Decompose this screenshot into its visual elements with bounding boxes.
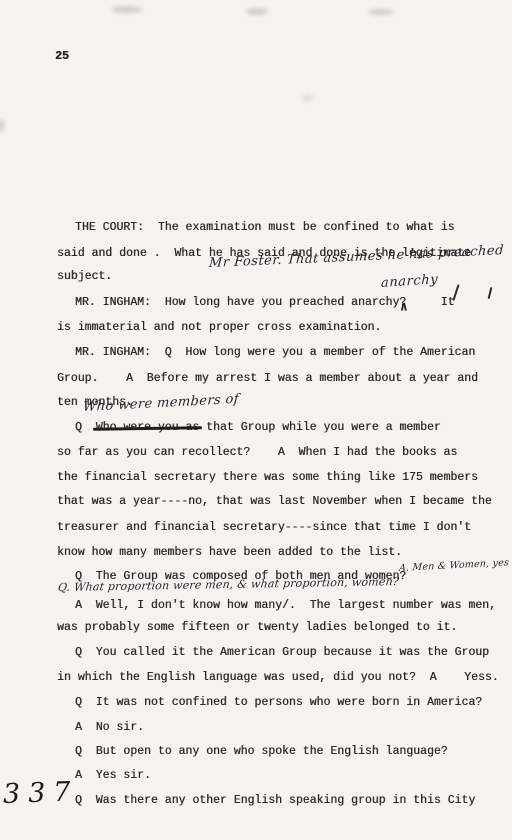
typed-line: Q But open to any one who spoke the Engl… xyxy=(75,745,448,759)
typed-line: the financial secretary there was some t… xyxy=(57,471,478,485)
insertion-caret: ∧ xyxy=(399,298,409,313)
pen-stroke xyxy=(452,284,459,301)
strikethrough-text: Who were you as xyxy=(96,421,200,435)
typed-line: MR. INGHAM: Q How long were you a member… xyxy=(75,346,475,360)
typed-line: A Yes sir. xyxy=(75,769,151,783)
typed-line: MR. INGHAM: How long have you preached a… xyxy=(75,296,455,310)
typed-line: Q You called it the American Group becau… xyxy=(75,646,489,660)
typed-line: know how many members have been added to… xyxy=(57,546,402,560)
typed-line: that was a year----no, that was last Nov… xyxy=(57,495,492,509)
handwritten-note-foster-line2: anarchy xyxy=(381,272,439,291)
typed-line-remainder: that Group while you were a member xyxy=(199,421,441,434)
typed-line: A Well, I don't know how many/. The larg… xyxy=(75,599,496,613)
typed-line: in which the English language was used, … xyxy=(57,671,499,685)
typed-line: so far as you can recollect? A When I ha… xyxy=(57,446,457,460)
typed-line: Q Was there any other English speaking g… xyxy=(75,794,475,808)
archive-number: 337 xyxy=(2,776,79,810)
typed-line: Group. A Before my arrest I was a member… xyxy=(57,372,478,386)
ink-smudge xyxy=(112,6,142,13)
typed-line: A No sir. xyxy=(75,721,144,735)
ink-smudge xyxy=(302,95,313,101)
handwritten-answer-men-women: A. Men & Women, yes sir. xyxy=(399,556,512,574)
typed-line-with-strikethrough: Q Who were you as that Group while you w… xyxy=(75,421,441,435)
typed-line: treasurer and financial secretary----sin… xyxy=(57,521,471,535)
typed-line: Q It was not confined to persons who wer… xyxy=(75,696,482,710)
ink-smudge xyxy=(0,119,4,132)
ink-smudge xyxy=(368,9,394,15)
page-number: 25 xyxy=(55,50,69,64)
ink-smudge xyxy=(246,8,268,15)
typed-line: THE COURT: The examination must be confi… xyxy=(75,221,455,235)
typed-line: subject. xyxy=(57,270,112,284)
transcript-page: 25 THE COURT: The examination must be co… xyxy=(0,0,512,840)
typed-line: is immaterial and not proper cross exami… xyxy=(57,321,381,335)
pen-stroke xyxy=(488,287,493,299)
typed-line: was probably some fifteen or twenty ladi… xyxy=(57,621,457,635)
